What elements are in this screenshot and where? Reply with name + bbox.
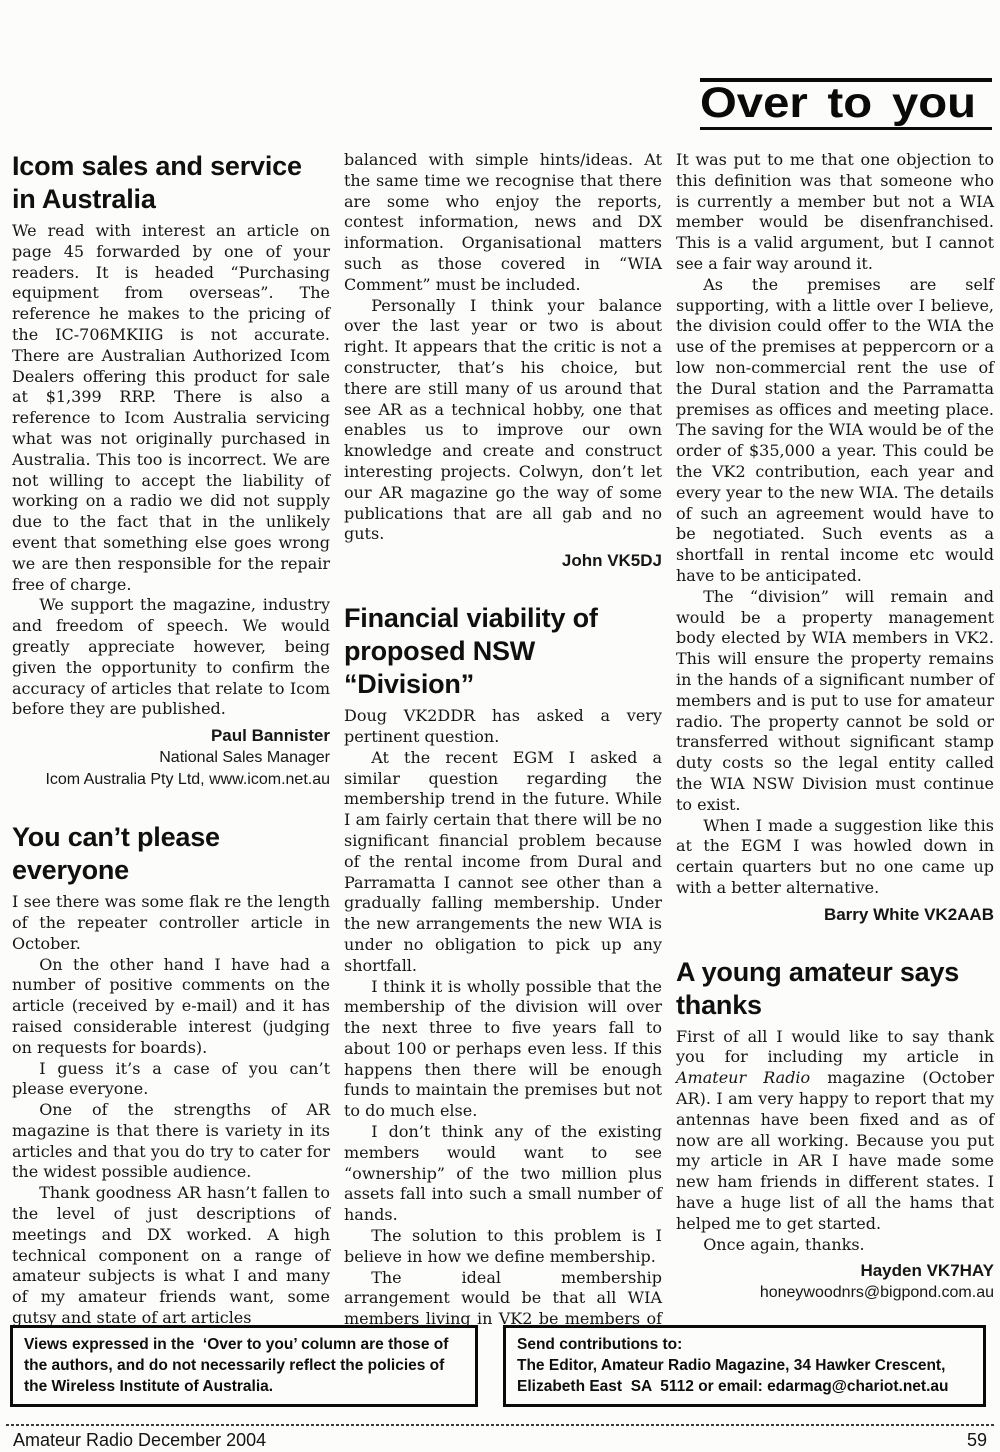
paragraph: It was put to me that one objection to t…	[676, 150, 994, 275]
footer-divider	[6, 1424, 994, 1426]
paragraph: At the recent EGM I asked a similar ques…	[344, 748, 662, 977]
magazine-title-italic: Amateur Radio	[676, 1068, 810, 1087]
column-title: Over to you	[700, 83, 976, 124]
paragraph: I guess it’s a case of you can’t please …	[12, 1059, 330, 1101]
paragraph-text: magazine (October AR). I am very happy t…	[676, 1068, 994, 1233]
contributions-line: Send contributions to:	[517, 1334, 972, 1355]
signature-email: honeywoodnrs@bigpond.com.au	[676, 1282, 994, 1304]
signature-block: Hayden VK7HAY honeywoodnrs@bigpond.com.a…	[676, 1260, 994, 1304]
paragraph: On the other hand I have had a number of…	[12, 955, 330, 1059]
paragraph: I think it is wholly possible that the m…	[344, 977, 662, 1123]
paragraph: One of the strengths of AR magazine is t…	[12, 1100, 330, 1183]
article-title-financial: Financial viability of proposed NSW “Div…	[344, 602, 662, 701]
paragraph: When I made a suggestion like this at th…	[676, 816, 994, 899]
paragraph: balanced with simple hints/ideas. At the…	[344, 150, 662, 296]
signature-name: Hayden VK7HAY	[676, 1260, 994, 1282]
paragraph: Doug VK2DDR has asked a very pertinent q…	[344, 706, 662, 748]
column-header-banner: Over to you	[700, 78, 992, 130]
views-disclaimer-box: Views expressed in the ‘Over to you’ col…	[10, 1325, 478, 1407]
signature-org: Icom Australia Pty Ltd, www.icom.net.au	[12, 769, 330, 791]
disclaimer-line: the authors, and do not necessarily refl…	[24, 1355, 464, 1376]
magazine-page: Over to you Icom sales and service in Au…	[0, 0, 1000, 1452]
article-title-young: A young amateur says thanks	[676, 956, 994, 1022]
paragraph: I don’t think any of the existing member…	[344, 1122, 662, 1226]
contributions-box: Send contributions to: The Editor, Amate…	[503, 1325, 986, 1407]
contributions-line: The Editor, Amateur Radio Magazine, 34 H…	[517, 1355, 972, 1376]
paragraph: We support the magazine, industry and fr…	[12, 595, 330, 720]
paragraph: The “division” will remain and would be …	[676, 587, 994, 816]
paragraph: The solution to this problem is I believ…	[344, 1226, 662, 1268]
disclaimer-line: Views expressed in the ‘Over to you’ col…	[24, 1334, 464, 1355]
footer-magazine-issue: Amateur Radio December 2004	[13, 1430, 266, 1451]
signature-block: John VK5DJ	[344, 550, 662, 572]
signature-name: Barry White VK2AAB	[676, 904, 994, 926]
paragraph: Personally I think your balance over the…	[344, 296, 662, 546]
disclaimer-line: the Wireless Institute of Australia.	[24, 1376, 464, 1397]
paragraph-text: First of all I would like to say thank y…	[676, 1027, 994, 1067]
signature-name: Paul Bannister	[12, 725, 330, 747]
contributions-line: Elizabeth East SA 5112 or email: edarmag…	[517, 1376, 972, 1397]
paragraph: We read with interest an article on page…	[12, 221, 330, 595]
paragraph: I see there was some flak re the length …	[12, 892, 330, 954]
paragraph: First of all I would like to say thank y…	[676, 1027, 994, 1235]
signature-block: Paul Bannister National Sales Manager Ic…	[12, 725, 330, 791]
article-title-please: You can’t please everyone	[12, 821, 330, 887]
article-title-icom: Icom sales and service in Australia	[12, 150, 330, 216]
paragraph: As the premises are self supporting, wit…	[676, 275, 994, 587]
signature-name: John VK5DJ	[344, 550, 662, 572]
signature-block: Barry White VK2AAB	[676, 904, 994, 926]
column-left: Icom sales and service in Australia We r…	[12, 150, 330, 1329]
paragraph: Thank goodness AR hasn’t fallen to the l…	[12, 1183, 330, 1329]
column-right: It was put to me that one objection to t…	[676, 150, 994, 1306]
signature-role: National Sales Manager	[12, 747, 330, 769]
column-middle: balanced with simple hints/ideas. At the…	[344, 150, 662, 1351]
footer-page-number: 59	[967, 1430, 987, 1451]
paragraph: Once again, thanks.	[676, 1235, 994, 1256]
